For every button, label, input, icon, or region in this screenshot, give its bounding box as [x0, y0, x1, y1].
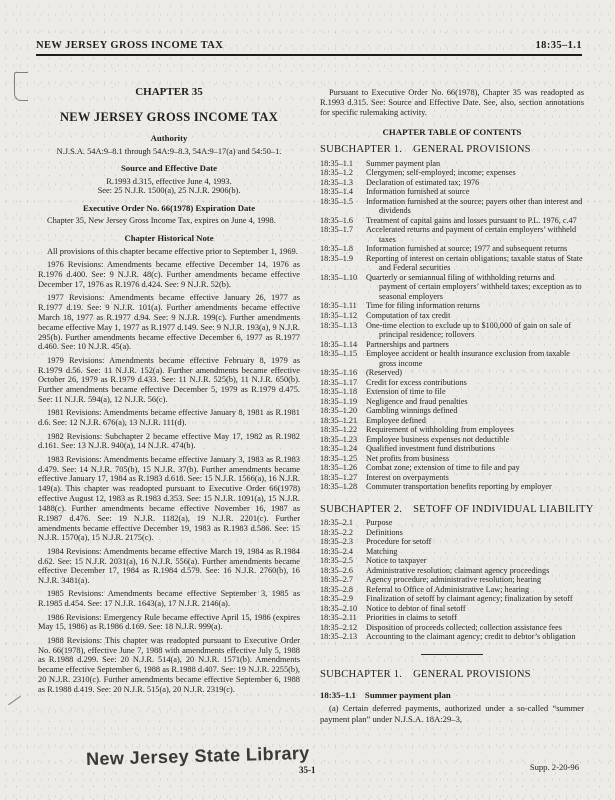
toc-entry-title: Notice to taxpayer [366, 556, 584, 566]
toc-entry-title: Finalization of setoff by claimant agenc… [366, 594, 584, 604]
toc-entry: 18:35–1.28 Commuter transportation benef… [320, 482, 584, 492]
toc-entry-title: Disposition of proceeds collected; colle… [366, 623, 584, 633]
body-subchapter-heading: SUBCHAPTER 1. GENERAL PROVISIONS [320, 669, 584, 681]
toc-subchapter-1-title: SUBCHAPTER 1. GENERAL PROVISIONS [320, 144, 584, 156]
toc-entry-number: 18:35–2.2 [320, 528, 366, 538]
toc-entry: 18:35–2.1 Purpose [320, 518, 584, 528]
toc-entry: 18:35–1.16 (Reserved) [320, 368, 584, 378]
toc-entry: 18:35–2.2 Definitions [320, 528, 584, 538]
toc-entry: 18:35–1.27 Interest on overpayments [320, 473, 584, 483]
toc-entry-number: 18:35–1.2 [320, 168, 366, 178]
toc-entry: 18:35–1.14 Partnerships and partners [320, 340, 584, 350]
toc-entry-number: 18:35–1.19 [320, 397, 366, 407]
toc-entry: 18:35–1.12 Computation of tax credit [320, 311, 584, 321]
toc-entry-number: 18:35–1.13 [320, 321, 366, 340]
toc-entry-title: Definitions [366, 528, 584, 538]
running-header-section: 18:35–1.1 [536, 40, 582, 51]
authority-heading: Authority [38, 133, 300, 143]
expiration-text: Chapter 35, New Jersey Gross Income Tax,… [38, 216, 300, 226]
toc-entry-title: Requirement of withholding from employee… [366, 425, 584, 435]
toc-entry: 18:35–1.13 One-time election to exclude … [320, 321, 584, 340]
toc-entry-number: 18:35–1.4 [320, 187, 366, 197]
toc-entry-number: 18:35–2.4 [320, 547, 366, 557]
scan-artifact-mark [8, 696, 21, 705]
spacer [320, 492, 584, 500]
subchapter-name: GENERAL PROVISIONS [413, 144, 531, 156]
toc-entry: 18:35–1.2 Clergymen; self-employed; inco… [320, 168, 584, 178]
toc-entry: 18:35–2.3 Procedure for setoff [320, 537, 584, 547]
toc-entry-title: Time for filing information returns [366, 301, 584, 311]
toc-entry: 18:35–2.11 Priorities in claims to setof… [320, 613, 584, 623]
historical-note-paragraph: 1985 Revisions: Amendments became effect… [38, 589, 300, 609]
toc-entry-number: 18:35–1.16 [320, 368, 366, 378]
toc-entry-number: 18:35–2.13 [320, 632, 366, 642]
toc-entry: 18:35–1.1 Summer payment plan [320, 159, 584, 169]
toc-entry-title: Employee business expenses not deductibl… [366, 435, 584, 445]
toc-entry-number: 18:35–1.7 [320, 225, 366, 244]
toc-heading: CHAPTER TABLE OF CONTENTS [320, 127, 584, 137]
toc-entry-title: Treatment of capital gains and losses pu… [366, 216, 584, 226]
source-heading: Source and Effective Date [38, 163, 300, 173]
toc-entry-number: 18:35–1.17 [320, 378, 366, 388]
subchapter-name: GENERAL PROVISIONS [413, 669, 531, 681]
toc-entry-title: Partnerships and partners [366, 340, 584, 350]
left-column: CHAPTER 35 NEW JERSEY GROSS INCOME TAX A… [38, 86, 300, 695]
historical-note-paragraph: 1979 Revisions: Amendments became effect… [38, 356, 300, 405]
toc-entry-title: Clergymen; self-employed; income; expens… [366, 168, 584, 178]
toc-entry-number: 18:35–1.5 [320, 197, 366, 216]
toc-entry-number: 18:35–1.22 [320, 425, 366, 435]
historical-note-paragraph: 1981 Revisions: Amendments became effect… [38, 408, 300, 428]
page-number: 35-1 [299, 765, 316, 775]
toc-entry-number: 18:35–2.10 [320, 604, 366, 614]
rule-title: Summer payment plan [365, 690, 451, 700]
toc-entry-number: 18:35–1.26 [320, 463, 366, 473]
toc-entry-number: 18:35–2.5 [320, 556, 366, 566]
toc-entry: 18:35–1.22 Requirement of withholding fr… [320, 425, 584, 435]
toc-entry-title: Accounting to the claimant agency; credi… [366, 632, 584, 642]
toc-subchapter-2-entries: 18:35–2.1 Purpose 18:35–2.2 Definitions … [320, 518, 584, 642]
chapter-title: NEW JERSEY GROSS INCOME TAX [38, 110, 300, 125]
subchapter-name: SETOFF OF INDIVIDUAL LIABILITY [413, 504, 594, 516]
chapter-number: CHAPTER 35 [38, 86, 300, 99]
toc-entry-number: 18:35–1.6 [320, 216, 366, 226]
toc-entry-number: 18:35–1.8 [320, 244, 366, 254]
toc-entry-title: Information furnished at the source; pay… [366, 197, 584, 216]
toc-entry-number: 18:35–2.12 [320, 623, 366, 633]
toc-entry: 18:35–1.26 Combat zone; extension of tim… [320, 463, 584, 473]
library-stamp: New Jersey State Library [86, 743, 310, 770]
subchapter-label: SUBCHAPTER 1. [320, 144, 402, 156]
toc-entry-title: Matching [366, 547, 584, 557]
toc-entry-number: 18:35–2.11 [320, 613, 366, 623]
toc-entry: 18:35–1.4 Information furnished at sourc… [320, 187, 584, 197]
toc-entry: 18:35–1.10 Quarterly or semiannual filin… [320, 273, 584, 302]
subchapter-label: SUBCHAPTER 1. [320, 669, 402, 681]
historical-note-heading: Chapter Historical Note [38, 233, 300, 243]
rule-body-paragraph: (a) Certain deferred payments, authorize… [320, 703, 584, 724]
toc-entry-title: Combat zone; extension of time to file a… [366, 463, 584, 473]
toc-entry-title: Extension of time to file [366, 387, 584, 397]
section-divider-rule [421, 654, 483, 655]
toc-entry-title: Credit for excess contributions [366, 378, 584, 388]
scanned-document-page: NEW JERSEY GROSS INCOME TAX 18:35–1.1 CH… [0, 0, 615, 800]
running-header: NEW JERSEY GROSS INCOME TAX 18:35–1.1 [36, 40, 582, 56]
toc-entry-number: 18:35–1.27 [320, 473, 366, 483]
toc-entry-title: Net profits from business [366, 454, 584, 464]
expiration-heading: Executive Order No. 66(1978) Expiration … [38, 203, 300, 213]
readoption-note: Pursuant to Executive Order No. 66(1978)… [320, 88, 584, 117]
toc-entry: 18:35–1.18 Extension of time to file [320, 387, 584, 397]
historical-note-paragraph: 1982 Revisions: Subchapter 2 became effe… [38, 432, 300, 452]
toc-entry-title: Priorities in claims to setoff [366, 613, 584, 623]
subchapter-label: SUBCHAPTER 2. [320, 504, 402, 516]
toc-entry-title: Negligence and fraud penalties [366, 397, 584, 407]
toc-entry: 18:35–1.17 Credit for excess contributio… [320, 378, 584, 388]
toc-entry: 18:35–2.12 Disposition of proceeds colle… [320, 623, 584, 633]
toc-entry-number: 18:35–2.9 [320, 594, 366, 604]
supplement-date: Supp. 2-20-96 [530, 762, 579, 772]
toc-entry-number: 18:35–1.3 [320, 178, 366, 188]
historical-note-paragraph: 1983 Revisions: Amendments became effect… [38, 455, 300, 543]
toc-entry: 18:35–1.20 Gambling winnings defined [320, 406, 584, 416]
toc-entry-title: Administrative resolution; claimant agen… [366, 566, 584, 576]
toc-entry-number: 18:35–1.28 [320, 482, 366, 492]
toc-entry-title: Information furnished at source [366, 187, 584, 197]
source-line: See: 25 N.J.R. 1500(a), 25 N.J.R. 2906(b… [38, 186, 300, 196]
historical-note-paragraph: 1988 Revisions: This chapter was readopt… [38, 636, 300, 695]
toc-entry-number: 18:35–1.21 [320, 416, 366, 426]
toc-entry-title: Notice to debtor of final setoff [366, 604, 584, 614]
historical-note: All provisions of this chapter became ef… [38, 247, 300, 695]
toc-entry: 18:35–1.19 Negligence and fraud penaltie… [320, 397, 584, 407]
toc-entry: 18:35–1.11 Time for filing information r… [320, 301, 584, 311]
toc-entry-number: 18:35–1.10 [320, 273, 366, 302]
toc-entry: 18:35–2.8 Referral to Office of Administ… [320, 585, 584, 595]
toc-entry-number: 18:35–1.14 [320, 340, 366, 350]
toc-entry-title: Information furnished at source; 1977 an… [366, 244, 584, 254]
rule-heading: 18:35–1.1 Summer payment plan [320, 690, 584, 700]
toc-entry-title: Commuter transportation benefits reporti… [366, 482, 584, 492]
toc-entry-title: Declaration of estimated tax; 1976 [366, 178, 584, 188]
toc-entry: 18:35–2.7 Agency procedure; administrati… [320, 575, 584, 585]
toc-entry-number: 18:35–1.1 [320, 159, 366, 169]
toc-subchapter-1-entries: 18:35–1.1 Summer payment plan 18:35–1.2 … [320, 159, 584, 492]
toc-entry-number: 18:35–2.8 [320, 585, 366, 595]
toc-entry: 18:35–1.21 Employee defined [320, 416, 584, 426]
source-line: R.1993 d.315, effective June 4, 1993. [38, 177, 300, 187]
toc-entry-title: Interest on overpayments [366, 473, 584, 483]
toc-entry: 18:35–2.10 Notice to debtor of final set… [320, 604, 584, 614]
toc-entry: 18:35–1.6 Treatment of capital gains and… [320, 216, 584, 226]
toc-entry-number: 18:35–2.6 [320, 566, 366, 576]
toc-entry-number: 18:35–2.1 [320, 518, 366, 528]
historical-note-paragraph: All provisions of this chapter became ef… [38, 247, 300, 257]
toc-entry-title: Employee accident or health insurance ex… [366, 349, 584, 368]
toc-entry-number: 18:35–1.25 [320, 454, 366, 464]
toc-entry: 18:35–1.24 Qualified investment fund dis… [320, 444, 584, 454]
historical-note-paragraph: 1986 Revisions: Emergency Rule became ef… [38, 613, 300, 633]
authority-text: N.J.S.A. 54A:9–8.1 through 54A:9–8.3, 54… [38, 147, 300, 157]
toc-entry-number: 18:35–1.23 [320, 435, 366, 445]
toc-entry-title: Reporting of interest on certain obligat… [366, 254, 584, 273]
scan-artifact-bracket [14, 72, 28, 101]
toc-entry-title: (Reserved) [366, 368, 584, 378]
toc-entry-number: 18:35–1.9 [320, 254, 366, 273]
toc-entry: 18:35–1.7 Accelerated returns and paymen… [320, 225, 584, 244]
toc-entry-title: Procedure for setoff [366, 537, 584, 547]
historical-note-paragraph: 1976 Revisions: Amendments became effect… [38, 260, 300, 289]
toc-entry-title: Computation of tax credit [366, 311, 584, 321]
historical-note-paragraph: 1977 Revisions: Amendments became effect… [38, 293, 300, 352]
toc-entry: 18:35–2.4 Matching [320, 547, 584, 557]
toc-entry: 18:35–1.25 Net profits from business [320, 454, 584, 464]
toc-entry-title: Agency procedure; administrative resolut… [366, 575, 584, 585]
toc-entry-number: 18:35–1.15 [320, 349, 366, 368]
toc-entry: 18:35–1.23 Employee business expenses no… [320, 435, 584, 445]
toc-entry-number: 18:35–2.3 [320, 537, 366, 547]
toc-entry-number: 18:35–1.20 [320, 406, 366, 416]
toc-entry-number: 18:35–1.11 [320, 301, 366, 311]
toc-entry: 18:35–2.5 Notice to taxpayer [320, 556, 584, 566]
toc-entry-title: Accelerated returns and payment of certa… [366, 225, 584, 244]
toc-entry: 18:35–2.6 Administrative resolution; cla… [320, 566, 584, 576]
toc-entry: 18:35–1.8 Information furnished at sourc… [320, 244, 584, 254]
running-header-title: NEW JERSEY GROSS INCOME TAX [36, 40, 223, 51]
toc-entry: 18:35–2.13 Accounting to the claimant ag… [320, 632, 584, 642]
toc-entry-number: 18:35–1.24 [320, 444, 366, 454]
toc-entry-title: Summer payment plan [366, 159, 584, 169]
toc-entry: 18:35–1.15 Employee accident or health i… [320, 349, 584, 368]
toc-entry: 18:35–1.5 Information furnished at the s… [320, 197, 584, 216]
rule-number: 18:35–1.1 [320, 690, 356, 700]
toc-entry-title: Qualified investment fund distributions [366, 444, 584, 454]
toc-entry-title: Quarterly or semiannual filing of withho… [366, 273, 584, 302]
historical-note-paragraph: 1984 Revisions: Amendments became effect… [38, 547, 300, 586]
toc-entry-title: Employee defined [366, 416, 584, 426]
toc-entry: 18:35–1.9 Reporting of interest on certa… [320, 254, 584, 273]
toc-entry-title: One-time election to exclude up to $100,… [366, 321, 584, 340]
toc-entry: 18:35–2.9 Finalization of setoff by clai… [320, 594, 584, 604]
toc-entry: 18:35–1.3 Declaration of estimated tax; … [320, 178, 584, 188]
toc-entry-number: 18:35–1.18 [320, 387, 366, 397]
toc-entry-title: Purpose [366, 518, 584, 528]
toc-entry-number: 18:35–2.7 [320, 575, 366, 585]
toc-entry-title: Referral to Office of Administrative Law… [366, 585, 584, 595]
toc-subchapter-2-title: SUBCHAPTER 2. SETOFF OF INDIVIDUAL LIABI… [320, 504, 584, 516]
toc-entry-title: Gambling winnings defined [366, 406, 584, 416]
right-column: Pursuant to Executive Order No. 66(1978)… [320, 88, 584, 725]
toc-entry-number: 18:35–1.12 [320, 311, 366, 321]
